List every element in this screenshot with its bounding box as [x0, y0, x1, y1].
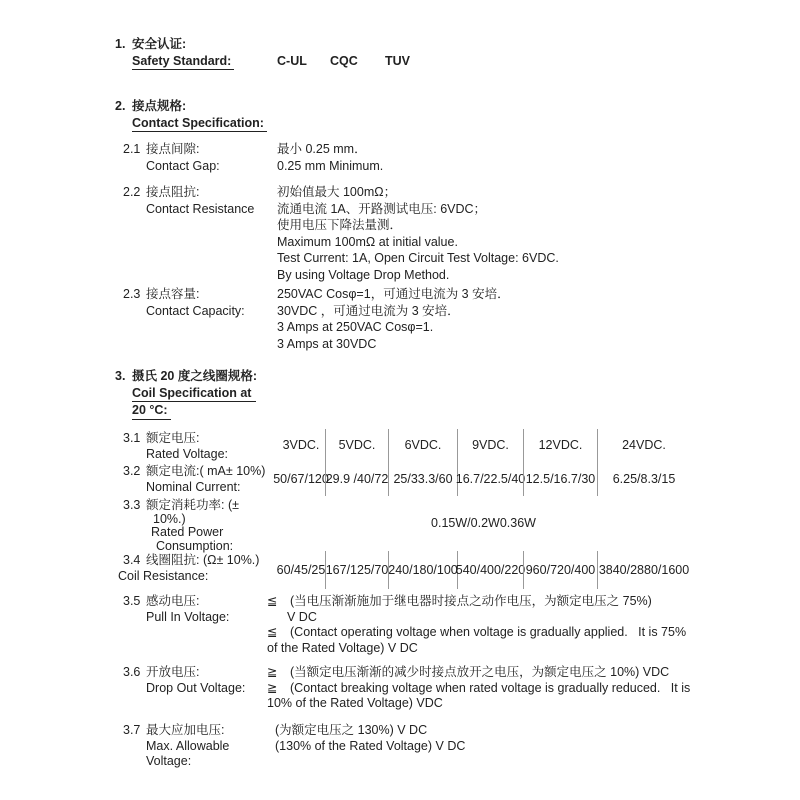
- item-value-line: 初始值最大 100mΩ；: [277, 184, 723, 201]
- item-value-line: (为额定电压之 130%) V DC: [267, 723, 763, 739]
- table-cell-voltage: 9VDC.: [457, 429, 523, 462]
- item-value: ≧ (当额定电压渐渐的减少时接点放开之电压，为额定电压之 10%) VDC ≧ …: [267, 665, 763, 712]
- item-label-en: Pull In Voltage:: [146, 610, 267, 626]
- item-label-zh: 接点容量:: [146, 286, 277, 303]
- item-value-line: 10% of the Rated Voltage) VDC: [267, 696, 763, 712]
- item-value-line: 30VDC ，可通过电流为 3 安培．: [277, 303, 723, 320]
- item-label: 开放电压: Drop Out Voltage:: [146, 665, 267, 696]
- item-value: (为额定电压之 130%) V DC (130% of the Rated Vo…: [267, 723, 763, 754]
- item-value: 初始值最大 100mΩ； 流通电流 1A、开路测试电压: 6VDC； 使用电压下…: [277, 184, 723, 283]
- item-label-zh: 接点间隙:: [146, 141, 277, 158]
- item-label: 接点间隙: Contact Gap:: [146, 141, 277, 174]
- item-label-zh: 最大应加电压:: [146, 723, 267, 739]
- table-cell-current: 6.25/8.3/15: [597, 462, 690, 496]
- table-label-en: Nominal Current:: [146, 480, 277, 496]
- table-cell-current: 29.9 /40/72: [325, 462, 388, 496]
- item-label-en: Voltage:: [146, 754, 267, 770]
- section-title-zh: 摄氏 20 度之线圈规格:: [132, 368, 257, 385]
- item-value-line: 3 Amps at 250VAC Cosφ=1.: [277, 319, 723, 336]
- item-value: ≦ (当电压渐渐施加于继电器时接点之动作电压，为额定电压之 75%) V DC …: [267, 594, 763, 656]
- spec-item-pull-in-voltage: 3.5 感动电压: Pull In Voltage: ≦ (当电压渐渐施加于继电…: [123, 594, 763, 656]
- table-cell-power: 0.15W/0.2W0.36W: [277, 496, 690, 551]
- item-label-en: Contact Capacity:: [146, 303, 277, 320]
- item-number: 2.2: [123, 184, 146, 201]
- table-cell-voltage: 3VDC.: [277, 429, 325, 462]
- section-title-zh: 安全认证:: [132, 36, 186, 53]
- table-cell-voltage: 24VDC.: [597, 429, 690, 462]
- item-label: 接点阻抗: Contact Resistance: [146, 184, 277, 217]
- item-value-line: V DC: [267, 610, 763, 626]
- table-cell-voltage: 5VDC.: [325, 429, 388, 462]
- item-value-line: 250VAC Cosφ=1，可通过电流为 3 安培．: [277, 286, 723, 303]
- table-label-en: Coil Resistance:: [118, 569, 277, 585]
- table-cell-resistance: 3840/2880/1600: [597, 551, 690, 589]
- item-value-line: Maximum 100mΩ at initial value.: [277, 234, 723, 251]
- table-row-label: 额定电流:( mA± 10%) Nominal Current:: [146, 462, 277, 496]
- table-label-line: 10%.): [146, 513, 277, 527]
- table-cell-current: 12.5/16.7/30: [523, 462, 597, 496]
- table-row-number: 3.3: [123, 496, 146, 551]
- section-safety-standard: 1. 安全认证: Safety Standard: C-UL CQC TUV: [115, 36, 410, 70]
- document-page: 1. 安全认证: Safety Standard: C-UL CQC TUV 2…: [0, 0, 800, 800]
- table-cell-current: 16.7/22.5/40: [457, 462, 523, 496]
- item-label-zh: 感动电压:: [146, 594, 267, 610]
- item-label-zh: 接点阻抗:: [146, 184, 277, 201]
- item-value: 250VAC Cosφ=1，可通过电流为 3 安培． 30VDC ，可通过电流为…: [277, 286, 723, 352]
- spec-item-contact-capacity: 2.3 接点容量: Contact Capacity: 250VAC Cosφ=…: [123, 286, 723, 352]
- item-value-line: 流通电流 1A、开路测试电压: 6VDC；: [277, 201, 723, 218]
- table-row-number: 3.1: [123, 429, 146, 462]
- section-title-en: Safety Standard:: [132, 53, 234, 71]
- item-number: 2.3: [123, 286, 146, 303]
- item-value-line: (Contact operating voltage when voltage …: [290, 625, 686, 641]
- spec-item-contact-gap: 2.1 接点间隙: Contact Gap: 最小 0.25 mm． 0.25 …: [123, 141, 723, 174]
- section-coil-specification: 3. 摄氏 20 度之线圈规格: Coil Specification at 2…: [115, 368, 257, 420]
- table-cell-resistance: 960/720/400: [523, 551, 597, 589]
- geq-symbol: ≧: [267, 665, 290, 681]
- item-label: 接点容量: Contact Capacity:: [146, 286, 277, 319]
- item-label-en: Max. Allowable: [146, 739, 267, 755]
- table-label-en: Rated Voltage:: [146, 447, 277, 463]
- item-value-line: of the Rated Voltage) V DC: [267, 641, 763, 657]
- item-label: 最大应加电压: Max. Allowable Voltage:: [146, 723, 267, 770]
- item-number: 3.6: [123, 665, 146, 681]
- section-number: 1.: [115, 36, 132, 53]
- table-cell-current: 50/67/120: [277, 462, 325, 496]
- table-label-line: 额定消耗功率: (±: [146, 499, 277, 513]
- table-cell-current: 25/33.3/60: [388, 462, 457, 496]
- table-cell-resistance: 167/125/70: [325, 551, 388, 589]
- cert-cqc: CQC: [330, 53, 385, 71]
- item-label-zh: 开放电压:: [146, 665, 267, 681]
- item-number: 3.7: [123, 723, 146, 739]
- item-number: 2.1: [123, 141, 146, 158]
- table-row-label: 额定消耗功率: (± 10%.) Rated Power Consumption…: [146, 496, 277, 551]
- section-title-en-line1: Coil Specification at: [132, 385, 256, 403]
- table-row-number: 3.2: [123, 462, 146, 496]
- table-label-zh: 额定电流:( mA± 10%): [146, 464, 277, 480]
- section-number: 3.: [115, 368, 132, 385]
- item-value-line: 使用电压下降法量测．: [277, 217, 723, 234]
- coil-spec-table: 3.1 额定电压: Rated Voltage: 3VDC. 5VDC. 6VD…: [123, 429, 690, 589]
- item-value-line: (Contact breaking voltage when rated vol…: [290, 681, 690, 697]
- table-cell-resistance: 240/180/100: [388, 551, 457, 589]
- table-cell-resistance: 60/45/25: [277, 551, 325, 589]
- item-number: 3.5: [123, 594, 146, 610]
- item-value-line: Test Current: 1A, Open Circuit Test Volt…: [277, 250, 723, 267]
- item-label-en: Contact Resistance: [146, 201, 277, 218]
- table-label-zh: 线圈阻抗: (Ω± 10%.): [146, 553, 259, 569]
- item-value-line: 0.25 mm Minimum.: [277, 158, 723, 175]
- table-row-label: 3.4 线圈阻抗: (Ω± 10%.) Coil Resistance:: [123, 551, 277, 589]
- item-label-en: Drop Out Voltage:: [146, 681, 267, 697]
- item-value-line: By using Voltage Drop Method.: [277, 267, 723, 284]
- section-title-zh: 接点规格:: [132, 98, 186, 115]
- section-title-en-line2: 20 °C:: [132, 402, 171, 420]
- cert-tuv: TUV: [385, 53, 410, 71]
- item-value-line: (当额定电压渐渐的减少时接点放开之电压，为额定电压之 10%) VDC: [290, 665, 669, 681]
- item-value-line: 最小 0.25 mm．: [277, 141, 723, 158]
- leq-symbol: ≦: [267, 594, 290, 610]
- section-number: 2.: [115, 98, 132, 115]
- table-cell-voltage: 12VDC.: [523, 429, 597, 462]
- item-value-line: (130% of the Rated Voltage) V DC: [267, 739, 763, 755]
- certification-list: C-UL CQC TUV: [277, 53, 410, 71]
- spec-item-contact-resistance: 2.2 接点阻抗: Contact Resistance 初始值最大 100mΩ…: [123, 184, 723, 283]
- cert-cul: C-UL: [277, 53, 330, 71]
- spec-item-drop-out-voltage: 3.6 开放电压: Drop Out Voltage: ≧ (当额定电压渐渐的减…: [123, 665, 763, 712]
- item-value-line: (当电压渐渐施加于继电器时接点之动作电压，为额定电压之 75%): [290, 594, 652, 610]
- item-value: 最小 0.25 mm． 0.25 mm Minimum.: [277, 141, 723, 174]
- item-label-en: Contact Gap:: [146, 158, 277, 175]
- table-cell-voltage: 6VDC.: [388, 429, 457, 462]
- item-label: 感动电压: Pull In Voltage:: [146, 594, 267, 625]
- section-contact-specification: 2. 接点规格: Contact Specification:: [115, 98, 267, 132]
- table-label-zh: 额定电压:: [146, 431, 277, 447]
- spec-item-max-allowable-voltage: 3.7 最大应加电压: Max. Allowable Voltage: (为额定…: [123, 723, 763, 770]
- table-row-label: 额定电压: Rated Voltage:: [146, 429, 277, 462]
- item-value-line: 3 Amps at 30VDC: [277, 336, 723, 353]
- table-row-number: 3.4: [123, 553, 146, 569]
- table-label-line: Rated Power: [146, 526, 277, 540]
- geq-symbol: ≧: [267, 681, 290, 697]
- table-cell-resistance: 540/400/220: [457, 551, 523, 589]
- section-title-en-wrap: Safety Standard:: [132, 53, 277, 71]
- leq-symbol: ≦: [267, 625, 290, 641]
- section-title-en: Contact Specification:: [132, 115, 267, 133]
